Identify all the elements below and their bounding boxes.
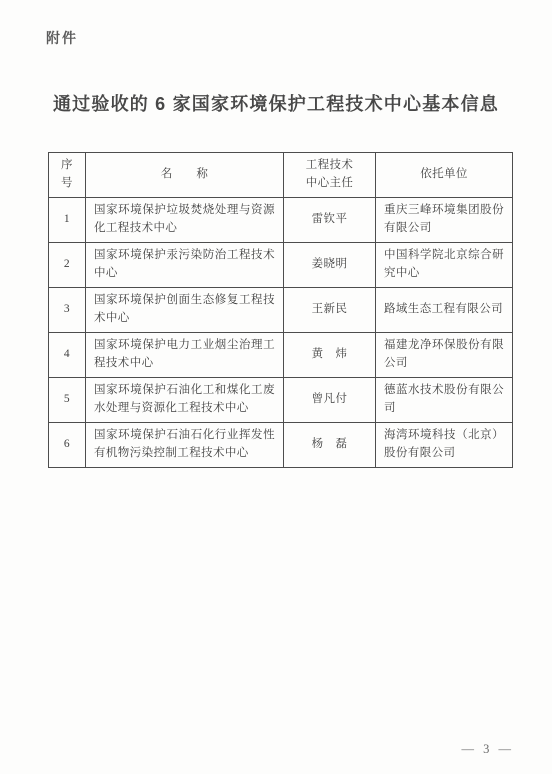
row-number: 3 <box>49 287 86 332</box>
center-name: 国家环境保护电力工业烟尘治理工程技术中心 <box>86 332 284 377</box>
center-director: 雷钦平 <box>284 197 376 242</box>
header-unit: 依托单位 <box>376 153 513 198</box>
header-name: 名 称 <box>86 153 284 198</box>
header-director: 工程技术 中心主任 <box>284 153 376 198</box>
table-row: 2 国家环境保护汞污染防治工程技术中心 姜晓明 中国科学院北京综合研究中心 <box>49 242 513 287</box>
supporting-unit: 德蓝水技术股份有限公司 <box>376 377 513 422</box>
table-row: 6 国家环境保护石油石化行业挥发性有机物污染控制工程技术中心 杨 磊 海湾环境科… <box>49 422 513 467</box>
row-number: 5 <box>49 377 86 422</box>
center-name: 国家环境保护石油石化行业挥发性有机物污染控制工程技术中心 <box>86 422 284 467</box>
row-number: 4 <box>49 332 86 377</box>
center-director: 王新民 <box>284 287 376 332</box>
center-name: 国家环境保护创面生态修复工程技术中心 <box>86 287 284 332</box>
row-number: 2 <box>49 242 86 287</box>
center-director: 曾凡付 <box>284 377 376 422</box>
table-row: 4 国家环境保护电力工业烟尘治理工程技术中心 黄 炜 福建龙净环保股份有限公司 <box>49 332 513 377</box>
table-header-row: 序号 名 称 工程技术 中心主任 依托单位 <box>49 153 513 198</box>
supporting-unit: 福建龙净环保股份有限公司 <box>376 332 513 377</box>
info-table: 序号 名 称 工程技术 中心主任 依托单位 1 国家环境保护垃圾焚烧处理与资源化… <box>48 152 513 468</box>
page-number: — 3 — <box>462 742 515 757</box>
header-no: 序号 <box>49 153 86 198</box>
center-director: 杨 磊 <box>284 422 376 467</box>
supporting-unit: 中国科学院北京综合研究中心 <box>376 242 513 287</box>
row-number: 1 <box>49 197 86 242</box>
supporting-unit: 重庆三峰环境集团股份有限公司 <box>376 197 513 242</box>
document-page: 附件 通过验收的 6 家国家环境保护工程技术中心基本信息 序号 名 称 工程技术… <box>0 0 552 774</box>
center-name: 国家环境保护汞污染防治工程技术中心 <box>86 242 284 287</box>
supporting-unit: 海湾环境科技（北京）股份有限公司 <box>376 422 513 467</box>
center-director: 黄 炜 <box>284 332 376 377</box>
table-row: 5 国家环境保护石油化工和煤化工废水处理与资源化工程技术中心 曾凡付 德蓝水技术… <box>49 377 513 422</box>
center-name: 国家环境保护石油化工和煤化工废水处理与资源化工程技术中心 <box>86 377 284 422</box>
row-number: 6 <box>49 422 86 467</box>
supporting-unit: 路域生态工程有限公司 <box>376 287 513 332</box>
center-name: 国家环境保护垃圾焚烧处理与资源化工程技术中心 <box>86 197 284 242</box>
center-director: 姜晓明 <box>284 242 376 287</box>
attachment-label: 附件 <box>46 28 78 48</box>
table-row: 1 国家环境保护垃圾焚烧处理与资源化工程技术中心 雷钦平 重庆三峰环境集团股份有… <box>49 197 513 242</box>
page-title: 通过验收的 6 家国家环境保护工程技术中心基本信息 <box>0 90 552 116</box>
table-row: 3 国家环境保护创面生态修复工程技术中心 王新民 路域生态工程有限公司 <box>49 287 513 332</box>
